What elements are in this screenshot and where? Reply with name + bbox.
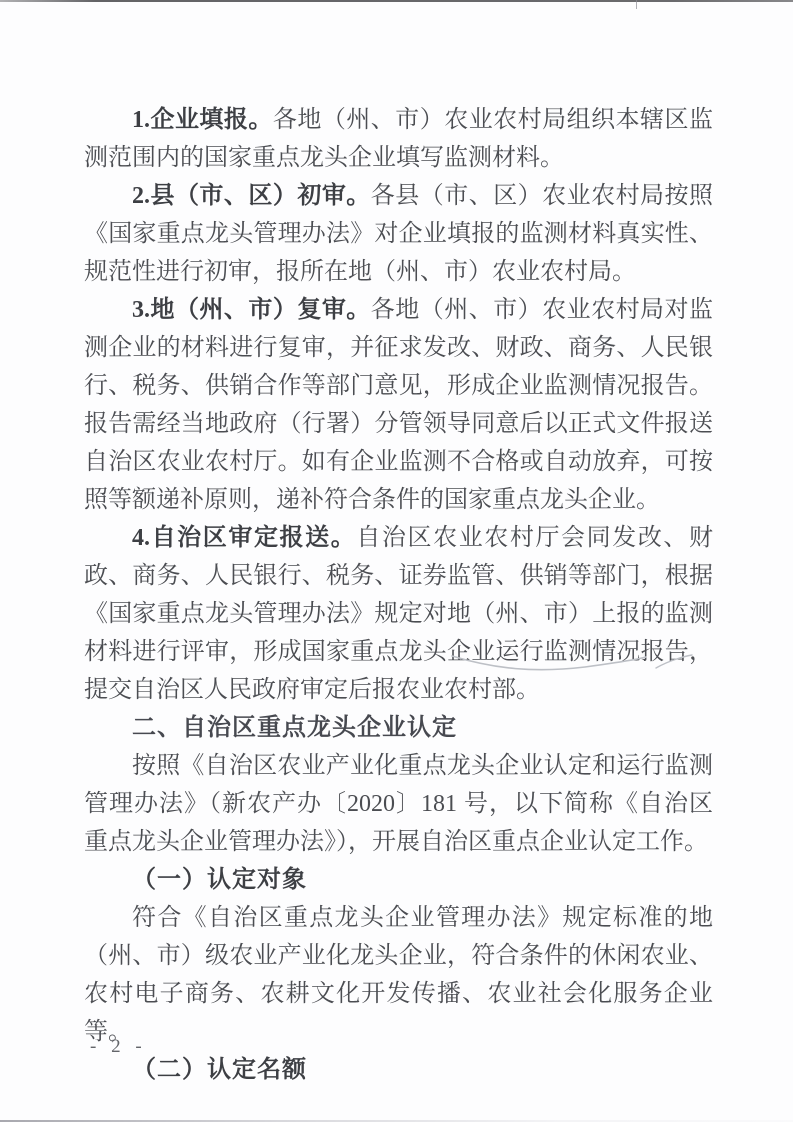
paragraph-4-text: 自治区农业农村厅会同发改、财政、商务、人民银行、税务、证券监管、供销等部门，根据… <box>84 525 713 703</box>
paragraph-prefecture-re-review: 3.地（州、市）复审。各地（州、市）农业农村局对监测企业的材料进行复审，并征求发… <box>84 291 713 519</box>
scan-artifact-tick <box>636 0 637 9</box>
paragraph-6-text: 符合《自治区重点龙头企业管理办法》规定标准的地（州、市）级农业产业化龙头企业，符… <box>84 905 713 1045</box>
sub-heading-recognition-quota: （二）认定名额 <box>84 1051 713 1089</box>
paragraph-region-approval: 4.自治区审定报送。自治区农业农村厅会同发改、财政、商务、人民银行、税务、证券监… <box>84 519 713 709</box>
paragraph-5-text: 按照《自治区农业产业化重点龙头企业认定和运行监测管理办法》（新农产办〔2020〕… <box>84 753 713 855</box>
paragraph-2-label: 2.县（市、区）初审。 <box>132 183 371 209</box>
paragraph-3-label: 3.地（州、市）复审。 <box>132 297 371 323</box>
paragraph-1-label: 1.企业填报。 <box>132 107 273 133</box>
scan-edge-top <box>0 0 793 2</box>
document-body: 1.企业填报。各地（州、市）农业农村局组织本辖区监测范围内的国家重点龙头企业填写… <box>84 101 713 1089</box>
sub-heading-recognition-target: （一）认定对象 <box>84 861 713 899</box>
paragraph-county-initial-review: 2.县（市、区）初审。各县（市、区）农业农村局按照《国家重点龙头管理办法》对企业… <box>84 177 713 291</box>
paragraph-3-text: 各地（州、市）农业农村局对监测企业的材料进行复审，并征求发改、财政、商务、人民银… <box>84 297 713 513</box>
paragraph-recognition-target: 符合《自治区重点龙头企业管理办法》规定标准的地（州、市）级农业产业化龙头企业，符… <box>84 899 713 1051</box>
section-heading-2: 二、自治区重点龙头企业认定 <box>84 709 713 747</box>
paragraph-recognition-basis: 按照《自治区农业产业化重点龙头企业认定和运行监测管理办法》（新农产办〔2020〕… <box>84 747 713 861</box>
document-page: 1.企业填报。各地（州、市）农业农村局组织本辖区监测范围内的国家重点龙头企业填写… <box>0 0 793 1122</box>
paragraph-4-label: 4.自治区审定报送。 <box>132 525 356 551</box>
paragraph-enterprise-filing: 1.企业填报。各地（州、市）农业农村局组织本辖区监测范围内的国家重点龙头企业填写… <box>84 101 713 177</box>
page-number: - 2 - <box>90 1037 147 1057</box>
